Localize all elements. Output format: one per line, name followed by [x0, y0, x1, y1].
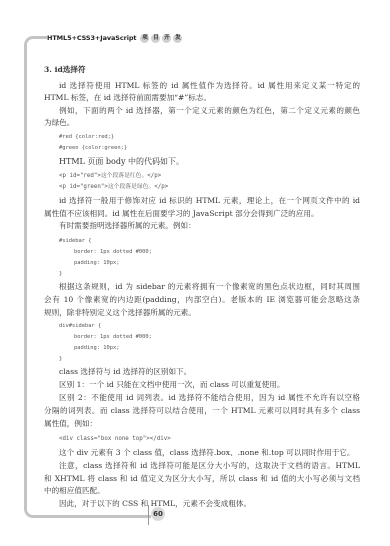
- paragraph-line: HTML 标签，在 id 选择符前面需要加“#”标志。: [44, 92, 211, 103]
- paragraph-line: 会有 10 个像素宽的内边距(padding，内部空白)。老版本的 IE 浏览器…: [44, 294, 360, 305]
- header-char: 目: [151, 34, 160, 43]
- header-char: 项: [140, 34, 149, 43]
- paragraph-line: 和 XHTML 将 class 和 id 值定义为区分大小写，所以 class …: [44, 473, 360, 484]
- paragraph-line: 分隔的词列表。而 class 选择符可以结合使用，一个 HTML 元素可以同时具…: [44, 405, 360, 416]
- code-line: #sidebar {: [59, 236, 91, 247]
- code-line: border: 1px dotted #000;: [74, 332, 152, 343]
- code-line: padding: 10px;: [74, 343, 119, 354]
- paragraph-line: 区别 1：一个 id 只能在文档中使用一次，而 class 可以重复使用。: [59, 379, 284, 390]
- section-heading: 3. id选择符: [44, 64, 86, 75]
- code-line: border: 1px dotted #000;: [74, 247, 152, 258]
- paragraph-line: 为绿色。: [44, 117, 74, 128]
- code-line: #green {color:green;}: [59, 143, 127, 154]
- page-frame-left: [24, 55, 27, 505]
- code-line: }: [59, 269, 62, 280]
- code-line: <div class="box none top"></div>: [59, 434, 171, 445]
- header-char: 开: [162, 34, 171, 43]
- code-line: padding: 10px;: [74, 258, 119, 269]
- header-char: 发: [173, 34, 182, 43]
- code-line: #red {color:red;}: [59, 132, 114, 143]
- paragraph-line: 有时需要指明选择器所属的元素。例如：: [59, 220, 196, 231]
- paragraph-line: 例如，下面的两个 id 选择器，第一个定义元素的颜色为红色，第二个定义元素的颜色: [59, 105, 360, 116]
- code-line: <p id="red">这个段落是红色。</p>: [59, 171, 161, 182]
- paragraph-line: 根据这条规则，id 为 sidebar 的元素将拥有一个像素宽的黑色点状边框，同…: [59, 281, 360, 292]
- paragraph-line: HTML 页面 body 中的代码如下。: [59, 156, 184, 167]
- code-line: <p id="green">这个段落是绿色。</p>: [59, 182, 168, 193]
- paragraph-line: 注意，class 选择符和 id 选择符可能是区分大小写的，这取决于文档的语言。…: [59, 460, 360, 471]
- paragraph-line: 中的相应值匹配。: [44, 485, 105, 496]
- paragraph-line: 因此，对于以下的 CSS 和 HTML，元素不会变成粗体。: [59, 498, 251, 509]
- page-frame-top: [24, 36, 47, 59]
- paragraph-line: 区别 2：不能使用 id 词列表。id 选择符不能结合使用，因为 id 属性不允…: [59, 392, 360, 403]
- page-number: 60: [151, 507, 165, 521]
- running-header: HTML5+CSS3+JavaScript 项 目 开 发: [47, 31, 182, 45]
- paragraph-line: class 选择符与 id 选择符的区别如下。: [59, 366, 191, 377]
- paragraph-line: id 选择符使用 HTML 标签的 id 属性值作为选择符。id 属性用来定义某…: [59, 80, 360, 91]
- paragraph-line: id 选择符一般用于修饰对应 id 标识的 HTML 元素，理论上，在一个网页文…: [59, 195, 360, 206]
- header-title-latin: HTML5+CSS3+JavaScript: [47, 34, 136, 42]
- code-line: div#sidebar {: [59, 321, 101, 332]
- paragraph-line: 这个 div 元素有 3 个 class 值，class 选择符.box、.no…: [59, 447, 355, 458]
- paragraph-line: 属性值，例如：: [44, 418, 97, 429]
- code-line: }: [59, 354, 62, 365]
- paragraph-line: 属性值不应该相同。id 属性在后面要学习的 JavaScript 部分会得到广泛…: [44, 208, 319, 219]
- paragraph-line: 规则，除非特别定义这个选择器所属的元素。: [44, 307, 196, 318]
